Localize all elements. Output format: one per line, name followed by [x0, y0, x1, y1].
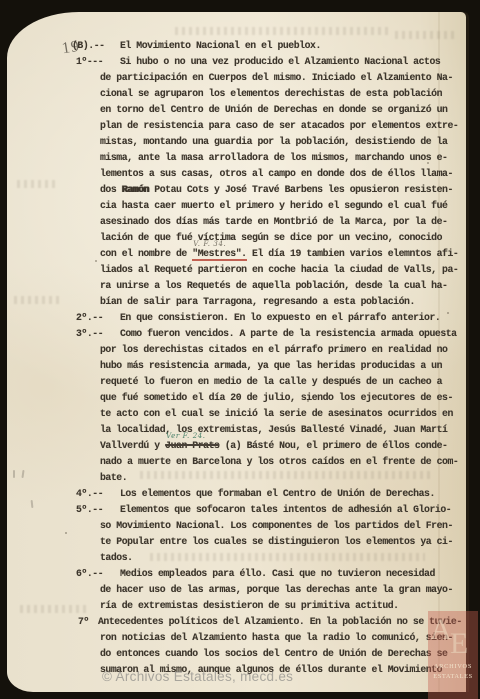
- line-text: cia hasta caer muerto el primero y herid…: [100, 200, 447, 211]
- paper-speck: [307, 400, 309, 402]
- doc-line: so Movimiento Nacional. Los componentes …: [68, 520, 466, 536]
- doc-line: (B).--El Movimiento Nacional en el puebl…: [68, 40, 466, 56]
- line-text: asesinado dos días más tarde en Montbrió…: [100, 216, 447, 227]
- pencil-mark: [21, 470, 24, 478]
- line-text: El Movimiento Nacional en el pueblox.: [120, 40, 321, 51]
- line-text: con el nombre de "Mestres".V. F. 34. El …: [100, 248, 458, 259]
- paper-speck: [95, 260, 97, 262]
- line-text: liados al Requeté partieron en coche hac…: [100, 264, 458, 275]
- paper-speck: [65, 532, 67, 534]
- bleed-mark: [14, 296, 59, 304]
- line-text: requeté lo fueron en medio de la calle y…: [100, 376, 442, 387]
- line-text: Antecedentes políticos del Alzamiento. E…: [98, 616, 462, 627]
- doc-line: mistas, montando una guardia por la pobl…: [68, 136, 466, 152]
- line-text: Medios empleados para éllo. Casi que no …: [120, 568, 435, 579]
- paragraph-marker: 3º.--: [76, 328, 103, 339]
- line-text: bían de salir para Tarragona, regresando…: [100, 296, 415, 307]
- line-text: misma, ante la masa arrolladora de los m…: [100, 152, 447, 163]
- paragraph-marker: 1º---: [76, 56, 103, 67]
- doc-line: 6º.--Medios empleados para éllo. Casi qu…: [68, 568, 466, 584]
- doc-line: cia hasta caer muerto el primero y herid…: [68, 200, 466, 216]
- handwritten-annotation: Ver F. 24.: [166, 432, 205, 440]
- bleed-mark: [17, 180, 57, 188]
- doc-line: ra unirse a los Requetés de aquella pobl…: [68, 280, 466, 296]
- scan-edge-strip: [469, 12, 480, 699]
- paragraph-marker: 6º.--: [76, 568, 103, 579]
- doc-line: asesinado dos días más tarde en Montbrió…: [68, 216, 466, 232]
- doc-line: lación de que fué víctima según se dice …: [68, 232, 466, 248]
- paragraph-marker: 7º: [78, 616, 89, 627]
- line-text: En que consistieron. En lo expuesto en e…: [120, 312, 440, 323]
- line-text: de hacer uso de las armas, porque las de…: [100, 584, 453, 595]
- doc-line: lementos a sus casas, otros al campo en …: [68, 168, 466, 184]
- line-text: por los derechistas citados en el párraf…: [100, 344, 447, 355]
- line-text: dos Ramón Potau Cots y José Travé Barben…: [100, 184, 453, 195]
- doc-line: con el nombre de "Mestres".V. F. 34. El …: [68, 248, 466, 264]
- doc-line: que fué sometido el día 20 de julio, sie…: [68, 392, 466, 408]
- handwritten-annotation: V. F. 34.: [193, 240, 226, 248]
- doc-line: bían de salir para Tarragona, regresando…: [68, 296, 466, 312]
- doc-line: te acto con el cual se inició la serie d…: [68, 408, 466, 424]
- typewritten-text: (B).--El Movimiento Nacional en el puebl…: [68, 40, 466, 680]
- doc-line: hubo más resistencia armada, ya que las …: [68, 360, 466, 376]
- paragraph-marker: 4º.--: [76, 488, 103, 499]
- line-text: Elementos que sofocaron tales intentos d…: [120, 504, 451, 515]
- archive-stamp: A E ARCHIVOS ESTATALES: [428, 611, 478, 699]
- stamp-text-estatales: ESTATALES: [428, 673, 478, 680]
- bleed-mark: [395, 31, 455, 39]
- stamp-text-archivos: ARCHIVOS: [428, 663, 478, 670]
- copyright-watermark: © Archivos Estatales, mecd.es: [102, 669, 293, 684]
- doc-line: de hacer uso de las armas, porque las de…: [68, 584, 466, 600]
- stamp-letter-a: A: [430, 613, 452, 647]
- pencil-mark: [13, 470, 15, 478]
- line-text: bate.: [100, 472, 127, 483]
- doc-line: la localidad, los extremistas, Jesús Bal…: [68, 424, 466, 440]
- paragraph-marker: 5º.--: [76, 504, 103, 515]
- bleed-mark: [150, 553, 425, 561]
- doc-line: plan de resistencia para caso de ser ata…: [68, 120, 466, 136]
- line-text: so Movimiento Nacional. Los componentes …: [100, 520, 453, 531]
- line-text: que fué sometido el día 20 de julio, sie…: [100, 392, 453, 403]
- line-text: ría de extremistas desistieron de su pri…: [100, 600, 399, 611]
- document-paper: 19 (B).--El Movimiento Nacional en el pu…: [7, 12, 466, 692]
- line-text: mistas, montando una guardia por la pobl…: [100, 136, 447, 147]
- doc-line: 3º.--Como fueron vencidos. A parte de la…: [68, 328, 466, 344]
- line-text: do entonces cuando los socios del Centro…: [100, 648, 447, 659]
- line-text: ra unirse a los Requetés de aquella pobl…: [100, 280, 447, 291]
- doc-line: do entonces cuando los socios del Centro…: [68, 648, 466, 664]
- bleed-mark: [20, 605, 90, 613]
- doc-line: dos Ramón Potau Cots y José Travé Barben…: [68, 184, 466, 200]
- line-text: de participación en Cuerpos del mismo. I…: [100, 72, 453, 83]
- paper-speck: [447, 312, 449, 314]
- doc-line: requeté lo fueron en medio de la calle y…: [68, 376, 466, 392]
- pencil-mark: [31, 500, 34, 508]
- doc-line: ron noticias del Alzamiento hasta que la…: [68, 632, 466, 648]
- bleed-mark: [175, 27, 390, 35]
- line-text: Vallverdú y Juan PratsVer F. 24. (a) Bás…: [100, 440, 447, 451]
- line-text: te Popular entre los cuales se distingui…: [100, 536, 453, 547]
- line-text: hubo más resistencia armada, ya que las …: [100, 360, 442, 371]
- line-text: cional se agruparon los elementos derech…: [100, 88, 442, 99]
- line-text: nado a muerte en Barcelona y los otros c…: [100, 456, 458, 467]
- line-text: ron noticias del Alzamiento hasta que la…: [100, 632, 453, 643]
- stamp-letter-e: E: [450, 627, 468, 661]
- doc-line: 2º.--En que consistieron. En lo expuesto…: [68, 312, 466, 328]
- doc-line: cional se agruparon los elementos derech…: [68, 88, 466, 104]
- line-text: en torno del Centro de Unión de Derechas…: [100, 104, 447, 115]
- line-text: Si hubo o no una vez producido el Alzami…: [120, 56, 440, 67]
- doc-line: te Popular entre los cuales se distingui…: [68, 536, 466, 552]
- doc-line: en torno del Centro de Unión de Derechas…: [68, 104, 466, 120]
- line-text: plan de resistencia para caso de ser ata…: [100, 120, 458, 131]
- doc-line: 1º---Si hubo o no una vez producido el A…: [68, 56, 466, 72]
- line-text: Los elementos que formaban el Centro de …: [120, 488, 435, 499]
- line-text: la localidad, los extremistas, Jesús Bal…: [100, 424, 447, 435]
- doc-line: 4º.--Los elementos que formaban el Centr…: [68, 488, 466, 504]
- doc-line: Vallverdú y Juan PratsVer F. 24. (a) Bás…: [68, 440, 466, 456]
- paper-speck: [427, 162, 429, 164]
- line-text: tados.: [100, 552, 133, 563]
- paragraph-marker: (B).--: [72, 40, 105, 51]
- scanned-document-page: 19 (B).--El Movimiento Nacional en el pu…: [0, 0, 480, 699]
- doc-line: 5º.--Elementos que sofocaron tales inten…: [68, 504, 466, 520]
- doc-line: de participación en Cuerpos del mismo. I…: [68, 72, 466, 88]
- doc-line: liados al Requeté partieron en coche hac…: [68, 264, 466, 280]
- line-text: te acto con el cual se inició la serie d…: [100, 408, 453, 419]
- doc-line: por los derechistas citados en el párraf…: [68, 344, 466, 360]
- doc-line: misma, ante la masa arrolladora de los m…: [68, 152, 466, 168]
- doc-line: 7ºAntecedentes políticos del Alzamiento.…: [68, 616, 466, 632]
- line-text: Como fueron vencidos. A parte de la resi…: [120, 328, 457, 339]
- bleed-mark: [140, 471, 430, 479]
- doc-line: nado a muerte en Barcelona y los otros c…: [68, 456, 466, 472]
- doc-line: ría de extremistas desistieron de su pri…: [68, 600, 466, 616]
- line-text: lación de que fué víctima según se dice …: [100, 232, 442, 243]
- line-text: lementos a sus casas, otros al campo en …: [100, 168, 453, 179]
- paragraph-marker: 2º.--: [76, 312, 103, 323]
